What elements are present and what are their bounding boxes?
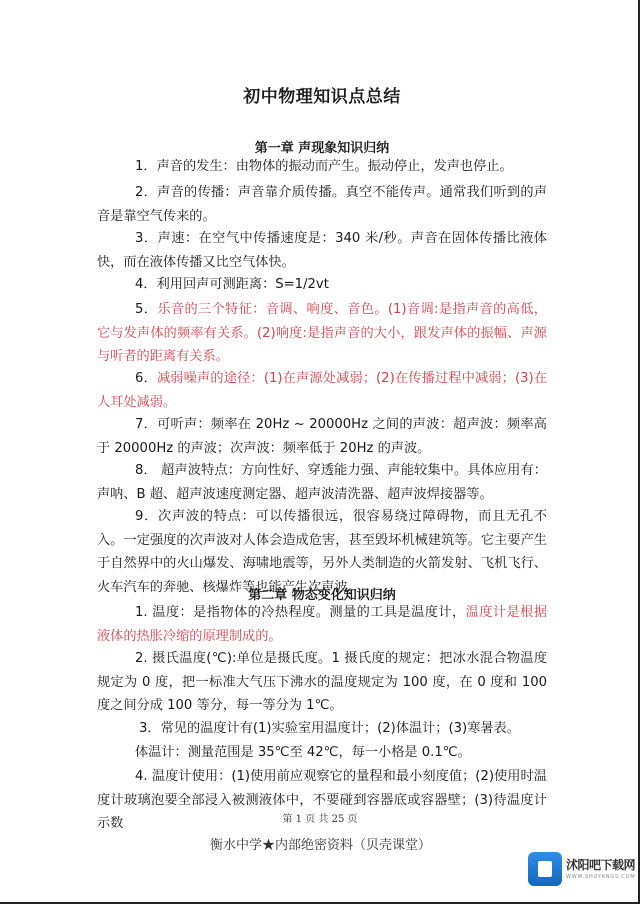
ch2-item-1: 1. 温度：是指物体的冷热程度。测量的工具是温度计，温度计是根据液体的热胀冷缩的… <box>97 601 547 648</box>
watermark-name: 沭阳吧下载网 <box>566 856 635 873</box>
ch1-item-4: 4．利用回声可测距离：S=1/2vt <box>97 273 547 297</box>
item-text: 摄氏温度(℃):单位是摄氏度。1 摄氏度的规定：把冰水混合物温度规定为 0 度，… <box>97 651 547 713</box>
cube-box-icon <box>528 852 562 886</box>
watermark-url: WWW.SHUYANGS.COM <box>566 874 635 880</box>
item-number: 2． <box>135 185 157 200</box>
watermark-logo: 沭阳吧下载网 WWW.SHUYANGS.COM <box>528 852 638 888</box>
ch2-item-2: 2. 摄氏温度(℃):单位是摄氏度。1 摄氏度的规定：把冰水混合物温度规定为 0… <box>97 647 547 718</box>
ch1-item-6: 6．减弱噪声的途径：(1)在声源处减弱；(2)在传播过程中减弱；(3)在人耳处减… <box>97 367 547 414</box>
item-text: 声音的发生：由物体的振动而产生。振动停止，发声也停止。 <box>157 159 513 174</box>
item-text: 体温计：测量范围是 35℃至 42℃，每一小格是 0.1℃。 <box>135 745 471 760</box>
item-text: 超声波特点：方向性好、穿透能力强、声能较集中。具体应用有：声呐、B 超、超声波速… <box>97 463 547 502</box>
ch1-item-5: 5．乐音的三个特征：音调、响度、音色。(1)音调:是指声音的高低，它与发声体的频… <box>97 298 547 369</box>
item-number: 3． <box>135 231 158 246</box>
item-text: 声音的传播：声音靠介质传播。真空不能传声。通常我们听到的声音是靠空气传来的。 <box>97 185 547 224</box>
item-number: 7． <box>135 417 157 432</box>
ch1-item-2: 2．声音的传播：声音靠介质传播。真空不能传声。通常我们听到的声音是靠空气传来的。 <box>97 181 547 228</box>
item-text: 可听声：频率在 20Hz ~ 20000Hz 之间的声波：超声波：频率高于 20… <box>97 417 547 456</box>
item-text-highlighted: 乐音的三个特征：音调、响度、音色。(1)音调:是指声音的高低，它与发声体的频率有… <box>97 302 547 364</box>
document-title: 初中物理知识点总结 <box>97 82 547 107</box>
item-text: 温度：是指物体的冷热程度。测量的工具是温度计， <box>152 605 465 620</box>
item-number: 5． <box>135 302 157 317</box>
item-number: 4． <box>135 277 157 292</box>
item-number: 1. <box>135 605 152 620</box>
ch1-item-8: 8． 超声波特点：方向性好、穿透能力强、声能较集中。具体应用有：声呐、B 超、超… <box>97 459 547 506</box>
item-number: 9． <box>135 509 158 524</box>
item-number: 1． <box>135 159 157 174</box>
ch1-item-3: 3．声速：在空气中传播速度是：340 米/秒。声音在固体传播比液体快，而在液体传… <box>97 227 547 274</box>
footer-source: 衡水中学★内部绝密资料（贝壳课堂） <box>210 834 431 853</box>
item-text: 次声波的特点：可以传播很远，很容易绕过障碍物，而且无孔不入。一定强度的次声波对人… <box>97 509 547 595</box>
ch2-item-3-thermometer: 体温计：测量范围是 35℃至 42℃，每一小格是 0.1℃。 <box>97 741 547 765</box>
ch1-item-7: 7．可听声：频率在 20Hz ~ 20000Hz 之间的声波：超声波：频率高于 … <box>97 413 547 460</box>
chapter-1-heading: 第一章 声现象知识归纳 <box>97 137 547 156</box>
ch1-item-1: 1．声音的发生：由物体的振动而产生。振动停止，发声也停止。 <box>97 155 547 179</box>
item-text: 利用回声可测距离：S=1/2vt <box>157 277 329 292</box>
item-number: 2. <box>135 651 152 666</box>
page-indicator: 第 1 页 共 25 页 <box>0 810 640 825</box>
item-text-highlighted: 减弱噪声的途径：(1)在声源处减弱；(2)在传播过程中减弱；(3)在人耳处减弱。 <box>97 371 547 410</box>
item-number: 3． <box>139 721 161 736</box>
item-number: 4. <box>135 769 152 784</box>
item-text: 常见的温度计有(1)实验室用温度计；(2)体温计；(3)寒暑表。 <box>161 721 520 736</box>
ch2-item-3: 3．常见的温度计有(1)实验室用温度计；(2)体温计；(3)寒暑表。 <box>97 717 547 741</box>
item-number: 8． <box>135 463 157 478</box>
item-text: 声速：在空气中传播速度是：340 米/秒。声音在固体传播比液体快，而在液体传播又… <box>97 231 547 270</box>
item-number: 6． <box>135 371 157 386</box>
